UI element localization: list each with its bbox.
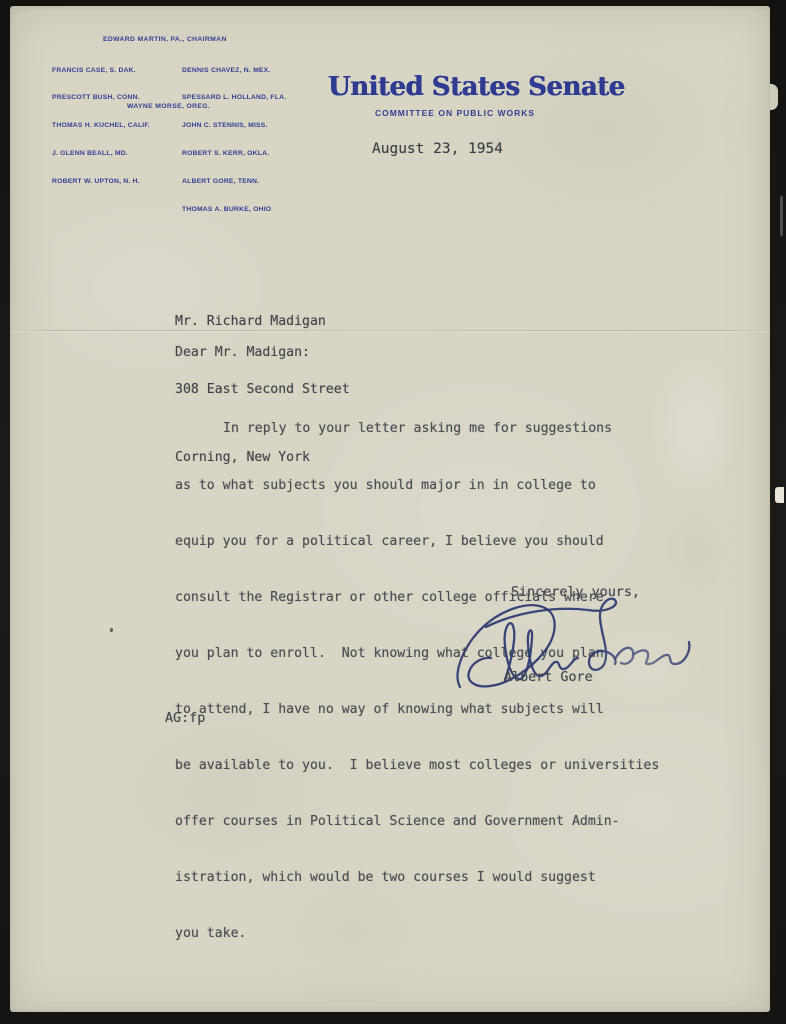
paper-speck [110, 628, 113, 632]
reference-initials: AG:fp [165, 711, 205, 726]
letterhead-member-bottom: WAYNE MORSE, OREG. [127, 103, 210, 110]
body-line: equip you for a political career, I beli… [175, 533, 659, 552]
body-line: as to what subjects you should major in … [175, 477, 659, 496]
body-line: you take. [175, 925, 659, 944]
letterhead-member: PRESCOTT BUSH, CONN. [52, 93, 150, 102]
letter-paper: EDWARD MARTIN, PA., CHAIRMAN FRANCIS CAS… [10, 6, 770, 1012]
paper-fold-line [10, 330, 770, 331]
letterhead-member: JOHN C. STENNIS, MISS. [182, 121, 286, 130]
letterhead-members-right: DENNIS CHAVEZ, N. MEX. SPESSARD L. HOLLA… [182, 47, 286, 233]
letter-date: August 23, 1954 [372, 141, 503, 157]
letterhead-member: THOMAS H. KUCHEL, CALIF. [52, 121, 150, 130]
letterhead-member: DENNIS CHAVEZ, N. MEX. [182, 66, 286, 75]
scan-artifact-sliver [780, 196, 783, 236]
committee-subtitle: COMMITTEE ON PUBLIC WORKS [328, 108, 582, 118]
paper-stain [645, 476, 750, 626]
letterhead-member: ALBERT GORE, TENN. [182, 177, 286, 186]
senate-title: United States Senate [328, 72, 582, 102]
scanned-letter-background: EDWARD MARTIN, PA., CHAIRMAN FRANCIS CAS… [0, 0, 786, 1024]
letterhead-member: ROBERT S. KERR, OKLA. [182, 149, 286, 158]
letterhead-chairman: EDWARD MARTIN, PA., CHAIRMAN [103, 36, 227, 43]
body-line: offer courses in Political Science and G… [175, 813, 659, 832]
body-line: istration, which would be two courses I … [175, 869, 659, 888]
scan-artifact-notch [775, 487, 784, 503]
letterhead-members-left: FRANCIS CASE, S. DAK. PRESCOTT BUSH, CON… [52, 47, 150, 205]
letterhead-member: THOMAS A. BURKE, OHIO [182, 205, 286, 214]
body-line: be available to you. I believe most coll… [175, 757, 659, 776]
salutation: Dear Mr. Madigan: [175, 345, 310, 360]
letterhead-member: J. GLENN BEALL, MD. [52, 149, 150, 158]
paper-stain [570, 606, 720, 726]
letterhead-member: FRANCIS CASE, S. DAK. [52, 66, 150, 75]
letterhead-member: SPESSARD L. HOLLAND, FLA. [182, 93, 286, 102]
body-line: In reply to your letter asking me for su… [175, 420, 659, 439]
letterhead-member: ROBERT W. UPTON, N. H. [52, 177, 150, 186]
